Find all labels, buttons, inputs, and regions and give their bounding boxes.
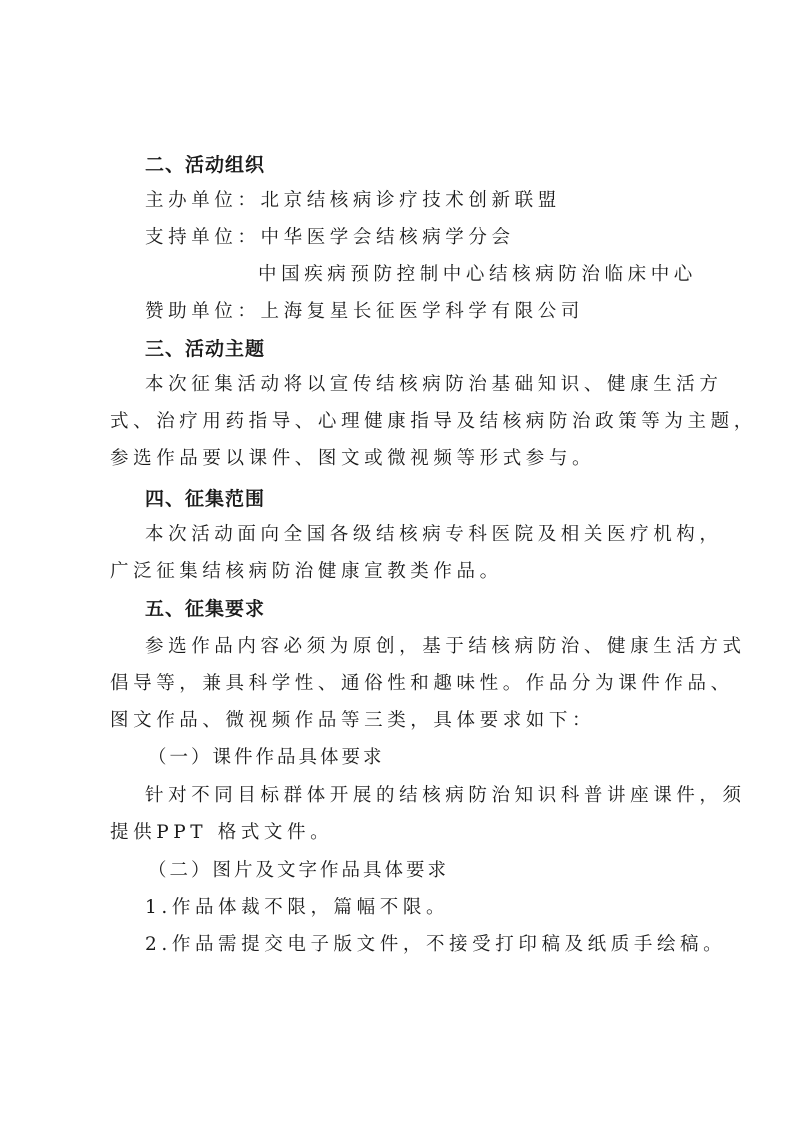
courseware-paragraph-line: 针对不同目标群体开展的结核病防治知识科普讲座课件，须 [145,781,746,811]
section-heading-requirements: 五、征集要求 [145,594,265,624]
image-text-requirement-2: 2.作品需提交电子版文件，不接受打印稿及纸质手绘稿。 [145,930,726,960]
sponsor: 赞助单位：上海复星长征医学科学有限公司 [145,297,584,327]
theme-paragraph-line: 参选作品要以课件、图文或微视频等形式参与。 [110,444,595,474]
scope-paragraph-line: 本次活动面向全国各级结核病专科医院及相关医疗机构， [145,520,723,550]
scope-paragraph-line: 广泛征集结核病防治健康宣教类作品。 [110,557,503,587]
section-heading-theme: 三、活动主题 [145,334,265,364]
image-text-requirement-1: 1.作品体裁不限，篇幅不限。 [145,893,449,923]
theme-paragraph-line: 式、治疗用药指导、心理健康指导及结核病防治政策等为主题， [110,407,757,437]
subsection-heading-image-text: （二）图片及文字作品具体要求 [148,856,449,886]
theme-paragraph-line: 本次征集活动将以宣传结核病防治基础知识、健康生活方 [145,370,723,400]
supporting-organizer: 支持单位：中华医学会结核病学分会 [145,223,515,253]
section-heading-scope: 四、征集范围 [145,484,265,514]
subsection-heading-courseware: （一）课件作品具体要求 [148,743,385,773]
section-heading-organization: 二、活动组织 [145,150,265,180]
document-page: 二、活动组织 主办单位：北京结核病诊疗技术创新联盟 支持单位：中华医学会结核病学… [0,0,793,1122]
host-organizer: 主办单位：北京结核病诊疗技术创新联盟 [145,186,561,216]
requirements-paragraph-line: 图文作品、微视频作品等三类，具体要求如下： [110,706,595,736]
requirements-paragraph-line: 参选作品内容必须为原创，基于结核病防治、健康生活方式 [145,632,746,662]
supporting-organizer-2: 中国疾病预防控制中心结核病防治临床中心 [258,260,697,290]
requirements-paragraph-line: 倡导等，兼具科学性、通俗性和趣味性。作品分为课件作品、 [110,669,734,699]
courseware-paragraph-line: 提供PPT 格式文件。 [110,818,333,848]
